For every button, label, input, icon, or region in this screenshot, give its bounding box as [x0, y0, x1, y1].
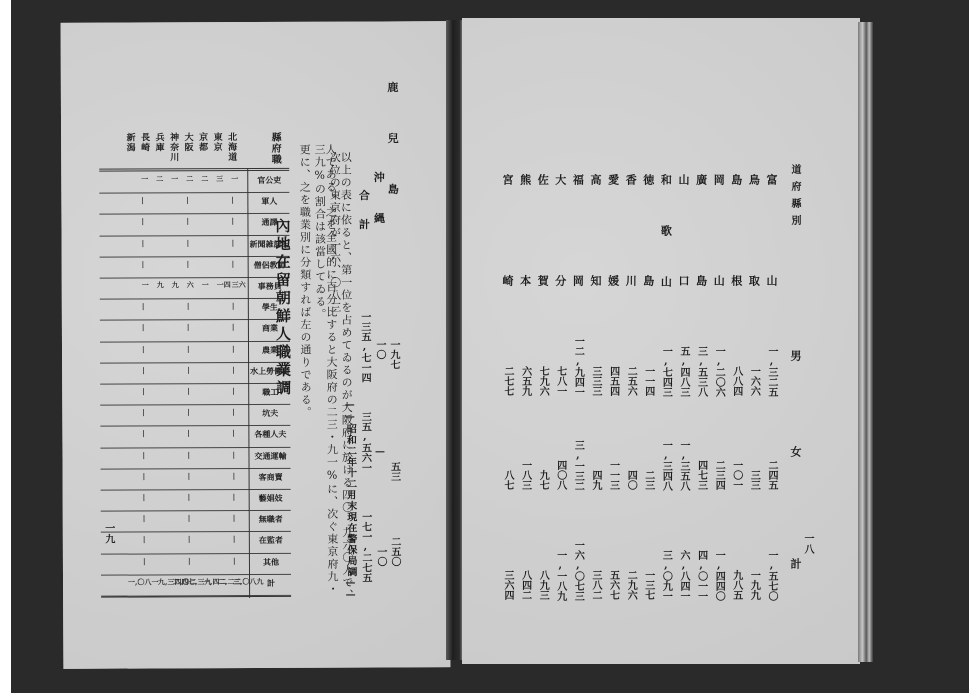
- occupation-label: 其他: [251, 556, 291, 567]
- table-cell: |: [142, 344, 145, 353]
- cell-female: 四九: [590, 470, 600, 490]
- table-row: 各種人夫|||: [100, 426, 290, 448]
- table-cell: |: [187, 365, 190, 374]
- cell-male: 五,四八三: [678, 346, 688, 397]
- cell-total: 一,四四〇: [713, 550, 723, 601]
- table-row: 藝娼妓|||: [101, 490, 291, 512]
- table-cell: |: [188, 513, 191, 522]
- table-cell: |: [142, 259, 145, 268]
- cell-total: 一,五七〇: [766, 550, 776, 601]
- table-prefecture: 京都: [197, 132, 206, 152]
- cell-female: 九七: [537, 470, 547, 490]
- cell-total: 三六四: [502, 570, 512, 600]
- cell-male: 三,五三八: [696, 346, 706, 397]
- row-okinawa-male: 一〇: [374, 339, 384, 359]
- table-prefecture: 長崎: [139, 132, 148, 152]
- left-page: 縣府職北海道東京京都大阪神奈川兵庫長崎新潟 官公吏一三二二一二一軍人|||通譯|…: [61, 21, 451, 669]
- table-cell: 二: [201, 174, 208, 184]
- cell-total: 九八五: [731, 570, 741, 600]
- table-cell: 一: [171, 174, 178, 184]
- table-cell: |: [186, 217, 189, 226]
- table-row: 商業|||: [100, 320, 290, 342]
- table-title: 內地在留朝鮮人職業調: [274, 218, 290, 398]
- prefecture-table: 富山一,三二五二四五一,五七〇鳥取一六六三三一九九島根八八四一〇一九八五岡山一,…: [462, 18, 860, 664]
- occupation-label: 軍人: [249, 196, 289, 207]
- cell-total: 二九六: [625, 570, 635, 600]
- prefecture-name: 佐賀: [537, 174, 548, 376]
- table-cell: |: [232, 386, 235, 395]
- table-row: 其他|||: [101, 553, 291, 575]
- table-cell: |: [232, 407, 235, 416]
- table-cell: |: [187, 407, 190, 416]
- table-cell: 三六: [232, 280, 246, 290]
- row-okinawa-total: 一〇: [375, 546, 385, 566]
- occupation-label: 藝娼妓: [251, 493, 291, 504]
- cell-male: 一,七四三: [660, 346, 670, 397]
- table-prefecture: 兵庫: [154, 132, 163, 152]
- table-cell: |: [186, 195, 189, 204]
- cell-male: 四五四: [608, 366, 618, 396]
- cell-female: 一,三四八: [660, 440, 670, 491]
- table-cell: 二: [156, 174, 163, 184]
- table-row: 學生|||: [100, 299, 290, 321]
- table-cell: 九: [157, 280, 164, 290]
- table-row: 客商賣|||: [101, 469, 291, 491]
- table-prefecture-header: 縣府職北海道東京京都大阪神奈川兵庫長崎新潟: [99, 130, 289, 167]
- cell-female: 三三: [748, 470, 758, 490]
- table-cell: |: [188, 492, 191, 501]
- row-kagoshima-total: 二五〇: [389, 536, 399, 566]
- table-prefecture: 新潟: [125, 133, 134, 153]
- cell-total: 一九九: [748, 570, 758, 600]
- table-row: 在監者|||: [101, 532, 291, 554]
- table-row: 新聞雑誌記者|||: [100, 235, 290, 257]
- table-cell: |: [188, 471, 191, 480]
- occupation-label: 客商賣: [251, 472, 291, 483]
- cell-male: 一六六: [748, 366, 758, 396]
- table-cell: |: [142, 408, 145, 417]
- prefecture-name: 宮崎: [502, 174, 513, 376]
- row-kagoshima-female: 五三: [389, 461, 399, 481]
- table-cell: |: [187, 238, 190, 247]
- table-cell: |: [143, 535, 146, 544]
- table-cell: |: [231, 216, 234, 225]
- table-cell: |: [187, 344, 190, 353]
- table-cell: 六: [187, 280, 194, 290]
- cell-female: 二三四: [713, 460, 723, 490]
- table-cell: |: [232, 344, 235, 353]
- cell-male: 七九六: [537, 366, 547, 396]
- prefecture-name: 徳島: [643, 174, 654, 376]
- table-cell: |: [187, 386, 190, 395]
- cell-female: 三,一三二: [572, 440, 582, 491]
- cell-male: 二七七: [502, 366, 512, 396]
- cell-total: 一,一八九: [555, 550, 565, 601]
- cell-female: 四〇: [625, 470, 635, 490]
- table-cell: |: [233, 513, 236, 522]
- table-cell: |: [143, 514, 146, 523]
- table-row: 交通運輸|||: [100, 447, 290, 469]
- prefecture-name: 高知: [590, 174, 601, 376]
- table-prefecture: 北海道: [226, 132, 235, 162]
- page-stack-edge: [858, 22, 873, 662]
- table-cell: |: [187, 429, 190, 438]
- row-label-total: 合計: [358, 190, 369, 248]
- table-cell: |: [231, 195, 234, 204]
- cell-male: 七八一: [555, 366, 565, 396]
- table-cell: 二: [186, 174, 193, 184]
- cell-female: 一〇一: [731, 460, 741, 490]
- table-row: 事務員三六一四一六九九一: [100, 278, 290, 300]
- table-cell: |: [232, 322, 235, 331]
- table-row: 軍人|||: [99, 193, 289, 215]
- table-cell: |: [141, 217, 144, 226]
- table-cell: |: [142, 302, 145, 311]
- table-cell: |: [233, 492, 236, 501]
- book-spine: [446, 20, 463, 660]
- table-cell: |: [142, 238, 145, 247]
- table-row: 坑夫|||: [100, 405, 290, 427]
- table-cell: |: [142, 386, 145, 395]
- row-total-total: 一七一,二七五: [360, 512, 370, 583]
- cell-female: 四〇八: [555, 460, 565, 490]
- table-cell: |: [232, 238, 235, 247]
- table-row: 水上勞働者|||: [100, 363, 290, 385]
- cell-total: 三,〇九一: [660, 550, 670, 601]
- cell-total: 八四二: [520, 570, 530, 600]
- cell-total: 六,八四一: [678, 550, 688, 601]
- table-cell: |: [142, 429, 145, 438]
- table-cell: 九: [172, 280, 179, 290]
- table-cell: 一: [231, 174, 238, 184]
- table-cell: |: [187, 450, 190, 459]
- cell-female: 八七: [502, 470, 512, 490]
- table-cell: 一: [142, 280, 149, 290]
- row-okinawa-female: —: [374, 446, 384, 457]
- cell-total: 五六七: [608, 570, 618, 600]
- cell-total: 一三七: [643, 570, 653, 600]
- table-row: 僧侶教師|||: [100, 257, 290, 279]
- table-cell: |: [143, 556, 146, 565]
- table-cell: 一: [141, 174, 148, 184]
- table-cell: |: [142, 365, 145, 374]
- table-row: 無職者|||: [101, 511, 291, 533]
- cell-male: 三三三: [590, 366, 600, 396]
- table-cell: 三: [216, 174, 223, 184]
- prefecture-name: 和歌山: [660, 174, 671, 327]
- cell-female: 一一三: [608, 460, 618, 490]
- prefecture-name: 島根: [731, 174, 742, 376]
- cell-male: 一一四: [643, 366, 653, 396]
- occupation-label: 在監者: [251, 535, 291, 546]
- table-occupation-rows: 官公吏一三二二一二一軍人|||通譯|||新聞雑誌記者|||僧侶教師|||事務員三…: [99, 172, 291, 597]
- cell-male: 一,三二五: [766, 346, 776, 397]
- source-note: ——昭和二年十二月末現在警保局調——: [344, 400, 355, 602]
- table-cell: |: [143, 492, 146, 501]
- prefecture-name: 大分: [555, 174, 566, 376]
- prefecture-name: 熊本: [520, 174, 531, 376]
- cell-female: 一八三: [520, 460, 530, 490]
- table-corner-label: 縣府職: [269, 132, 279, 165]
- occupation-label: 坑夫: [250, 408, 290, 419]
- cell-total: 三八二: [590, 570, 600, 600]
- cell-female: 一,三五八: [678, 440, 688, 491]
- occupation-table: 縣府職北海道東京京都大阪神奈川兵庫長崎新潟 官公吏一三二二一二一軍人|||通譯|…: [99, 130, 291, 601]
- table-cell: |: [233, 534, 236, 543]
- table-cell: |: [188, 556, 191, 565]
- row-total-female: 三五,五六一: [359, 412, 369, 473]
- table-row: 計三,〇八九二,二二一,四二七,三九二,〇二九,三四四一,〇八一: [101, 575, 291, 597]
- table-cell: |: [187, 259, 190, 268]
- cell-total: 八九三: [537, 570, 547, 600]
- cell-female: 二四五: [766, 460, 776, 490]
- table-cell: |: [188, 535, 191, 544]
- table-row: 職工|||: [100, 384, 290, 406]
- table-cell: |: [232, 259, 235, 268]
- table-cell: 九,三四四: [158, 577, 188, 587]
- cell-total: 四,〇一一: [696, 550, 706, 601]
- cell-male: 二五六: [625, 366, 635, 396]
- table-cell: |: [233, 471, 236, 480]
- prefecture-name: 愛媛: [608, 174, 619, 376]
- page-number-left: 一九: [103, 523, 113, 545]
- table-prefecture: 東京: [212, 132, 221, 152]
- cell-male: 一二,九四一: [572, 336, 582, 397]
- table-prefecture: 神奈川: [168, 132, 177, 162]
- table-prefecture: 大阪: [183, 132, 192, 152]
- table-row: 官公吏一三二二一二一: [99, 172, 289, 194]
- prefecture-name: 香川: [625, 174, 636, 376]
- paragraph-line-3: 更に、之を職業別に分類すれば左の通りである。: [299, 144, 312, 604]
- table-cell: |: [233, 556, 236, 565]
- prefecture-name: 鳥取: [748, 174, 759, 376]
- table-cell: |: [142, 323, 145, 332]
- table-row: 通譯|||: [99, 214, 289, 236]
- table-cell: 一: [202, 280, 209, 290]
- cell-male: 一,二〇六: [713, 346, 723, 397]
- row-kagoshima-male: 一九七: [388, 339, 398, 369]
- cell-male: 八八四: [731, 366, 741, 396]
- occupation-label: 官公吏: [249, 175, 289, 186]
- table-cell: |: [143, 471, 146, 480]
- table-cell: |: [232, 301, 235, 310]
- cell-female: 二三: [643, 470, 653, 490]
- table-cell: |: [142, 450, 145, 459]
- right-page: 道府縣別 男 女 計 一八 富山一,三二五二四五一,五七〇鳥取一六六三三一九九島…: [462, 18, 860, 664]
- cell-total: 一六,〇七三: [572, 540, 582, 601]
- row-total-male: 一三五,七一四: [359, 312, 369, 383]
- table-cell: |: [141, 196, 144, 205]
- row-label-kagoshima: 鹿兒島: [387, 81, 399, 234]
- row-label-okinawa: 沖縄: [373, 171, 384, 253]
- occupation-label: 各種人夫: [250, 429, 290, 440]
- occupation-label: 交通運輸: [250, 450, 290, 461]
- table-cell: |: [187, 323, 190, 332]
- table-cell: |: [232, 428, 235, 437]
- table-row: 農業|||: [100, 341, 290, 363]
- table-cell: 一,〇八一: [128, 577, 158, 587]
- table-cell: |: [232, 450, 235, 459]
- table-cell: |: [187, 301, 190, 310]
- cell-male: 六五九: [520, 366, 530, 396]
- cell-female: 四七三: [696, 460, 706, 490]
- table-cell: |: [232, 365, 235, 374]
- table-cell: 一四: [217, 280, 231, 290]
- occupation-label: 無職者: [251, 514, 291, 525]
